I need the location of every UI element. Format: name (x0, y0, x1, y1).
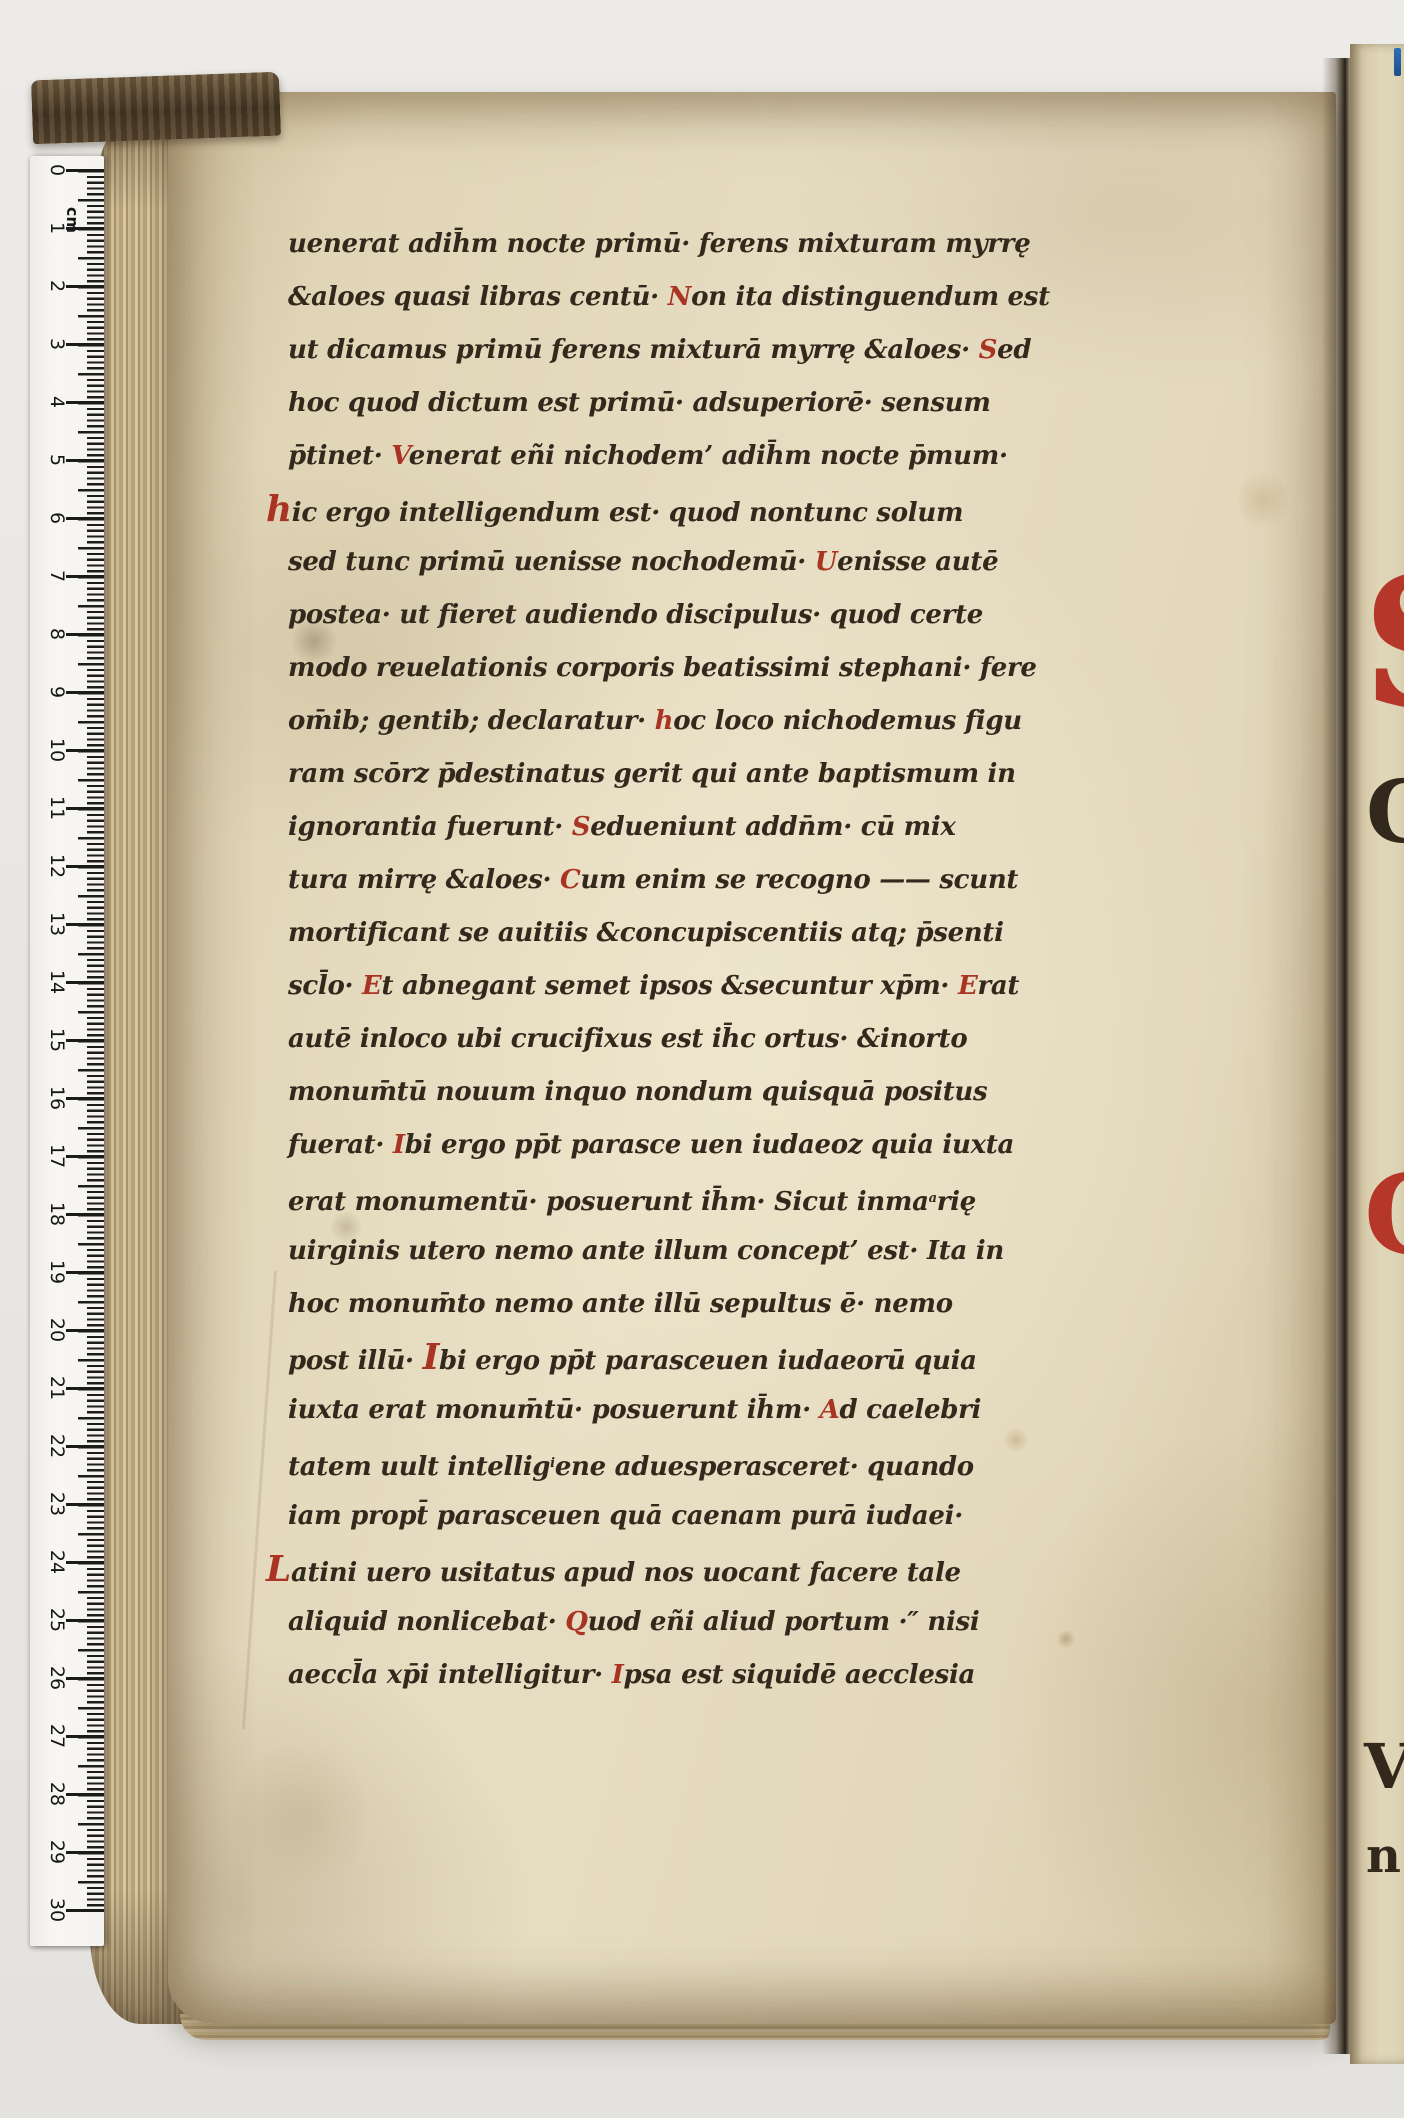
ruler-number: 21 (44, 1375, 70, 1401)
manuscript-text-line: hoc monum̄to nemo ante illū sepultus ē· … (288, 1278, 968, 1331)
text-segment: scl̄o· (288, 971, 362, 1001)
ruler-number: 13 (44, 911, 70, 937)
text-segment: ic ergo intelligendum est· quod nontunc … (292, 498, 963, 528)
ruler-cm-tick (66, 285, 104, 288)
ruler-cm-tick (66, 575, 104, 578)
text-segment: t abnegant semet ipsos &secuntur xp̄m· (382, 971, 958, 1001)
ruler-cm-tick (66, 169, 104, 172)
rubric-initial: A (820, 1395, 840, 1425)
ruler-number: 28 (44, 1781, 70, 1807)
ruler-number: 15 (44, 1027, 70, 1053)
text-segment: atini uero usitatus apud nos uocant face… (291, 1558, 961, 1588)
ruler-number: 30 (44, 1897, 70, 1923)
ruler-number: 9 (44, 679, 70, 705)
ruler-cm-tick (66, 1851, 104, 1854)
manuscript-text-line: modo reuelationis corporis beatissimi st… (288, 642, 968, 695)
ruler-number: 11 (44, 795, 70, 821)
ruler-number: 1 (44, 215, 70, 241)
text-segment: erat monumentū· posuerunt ih̄m· Sicut in… (288, 1187, 929, 1217)
ruler-cm-tick (66, 981, 104, 984)
rubric-initial: Q (565, 1607, 587, 1637)
rubric-initial: I (393, 1130, 405, 1160)
text-segment: uirginis utero nemo ante illum concept’ … (288, 1236, 1004, 1266)
manuscript-text-line: fuerat· Ibi ergo pp̄t parasce uen iudaeo… (288, 1119, 968, 1172)
ruler-cm-tick (66, 1909, 104, 1912)
ruler-cm-tick (66, 1155, 104, 1158)
manuscript-text-line: erat monumentū· posuerunt ih̄m· Sicut in… (288, 1172, 968, 1225)
text-segment: iuxta erat monum̄tū· posuerunt ih̄m· (288, 1395, 820, 1425)
ruler-number: 8 (44, 621, 70, 647)
manuscript-text-line: Latini uero usitatus apud nos uocant fac… (266, 1543, 968, 1596)
ruler-cm-tick (66, 1619, 104, 1622)
blue-ribbon-mark (1394, 48, 1401, 76)
ruler-cm-tick (66, 1735, 104, 1738)
ruler-number: 27 (44, 1723, 70, 1749)
ruler-cm-tick (66, 749, 104, 752)
ruler-number: 23 (44, 1491, 70, 1517)
text-segment: tura mirrę &aloes· (288, 865, 560, 895)
text-segment: psa est siquidē aecclesia (624, 1660, 976, 1690)
measurement-ruler: cm 0123456789101112131415161718192021222… (30, 156, 104, 1946)
ruler-number: 25 (44, 1607, 70, 1633)
facing-page-initial-fragment: C (1364, 1160, 1404, 1270)
text-segment: bi ergo pp̄t parasceuen iudaeorū quia (439, 1346, 977, 1376)
ruler-number: 10 (44, 737, 70, 763)
ruler-cm-tick (66, 227, 104, 230)
ruler-cm-tick (66, 517, 104, 520)
text-segment: hoc quod dictum est primū· adsuperiorē· … (288, 388, 991, 418)
ruler-number: 5 (44, 447, 70, 473)
ruler-cm-tick (66, 807, 104, 810)
ruler-number: 14 (44, 969, 70, 995)
parchment-stain (236, 1730, 366, 1900)
ruler-cm-tick (66, 1561, 104, 1564)
ruler-number: 24 (44, 1549, 70, 1575)
text-block: uenerat adih̄m nocte primū· ferens mixtu… (288, 218, 968, 1702)
manuscript-text-line: p̄tinet· Venerat eñi nichodem’ adih̄m no… (288, 430, 968, 483)
ruler-cm-tick (66, 1213, 104, 1216)
ruler-number: 6 (44, 505, 70, 531)
text-segment: mortificant se auitiis &concupiscentiis … (288, 918, 1004, 948)
manuscript-text-line: om̄ib; gentib; declaratur· hoc loco nich… (288, 695, 968, 748)
text-segment: p̄tinet· (288, 441, 391, 471)
rubric-initial: V (391, 441, 409, 471)
manuscript-text-line: iam propt̄ parasceuen quā caenam purā iu… (288, 1490, 968, 1543)
facing-page-initial-fragment: V (1364, 1736, 1404, 1798)
text-segment: bi ergo pp̄t parasce uen iudaeoz quia iu… (405, 1130, 1014, 1160)
manuscript-text-line: postea· ut fieret audiendo discipulus· q… (288, 589, 968, 642)
ruler-cm-tick (66, 1503, 104, 1506)
ruler-cm-tick (66, 1329, 104, 1332)
manuscript-text-line: scl̄o· Et abnegant semet ipsos &secuntur… (288, 960, 968, 1013)
manuscript-text-line: hic ergo intelligendum est· quod nontunc… (266, 483, 968, 536)
ruler-number: 0 (44, 157, 70, 183)
ruler-cm-tick (66, 633, 104, 636)
ruler-number: 29 (44, 1839, 70, 1865)
manuscript-text-line: uirginis utero nemo ante illum concept’ … (288, 1225, 968, 1278)
text-segment: rat (977, 971, 1019, 1001)
ruler-cm-tick (66, 459, 104, 462)
ruler-number: 16 (44, 1085, 70, 1111)
manuscript-photo: SCCVn cm 0123456789101112131415161718192… (0, 0, 1404, 2118)
text-segment: hoc monum̄to nemo ante illū sepultus ē· … (288, 1289, 953, 1319)
ruler-number: 7 (44, 563, 70, 589)
manuscript-text-line: mortificant se auitiis &concupiscentiis … (288, 907, 968, 960)
facing-page-sliver: SCCVn (1350, 44, 1404, 2064)
ruler-cm-tick (66, 1097, 104, 1100)
ruler-cm-tick (66, 401, 104, 404)
rubric-initial: N (668, 282, 691, 312)
text-segment: aeccl̄a xp̄i intelligitur· (288, 1660, 612, 1690)
text-segment: autē inloco ubi crucifixus est ih̄c ortu… (288, 1024, 967, 1054)
ruler-number: 3 (44, 331, 70, 357)
ruler-number: 4 (44, 389, 70, 415)
rubric-initial: C (560, 865, 580, 895)
ruler-cm-tick (66, 865, 104, 868)
text-segment: modo reuelationis corporis beatissimi st… (288, 653, 1037, 683)
text-segment: monum̄tū nouum inquo nondum quisquā posi… (288, 1077, 987, 1107)
text-segment: postea· ut fieret audiendo discipulus· q… (288, 600, 983, 630)
manuscript-text-line: &aloes quasi libras centū· Non ita disti… (288, 271, 968, 324)
manuscript-text-line: aliquid nonlicebat· Quod eñi aliud portu… (288, 1596, 968, 1649)
ruler-number: 26 (44, 1665, 70, 1691)
ruler-cm-tick (66, 1793, 104, 1796)
text-segment: on ita distinguendum est (691, 282, 1050, 312)
manuscript-text-line: monum̄tū nouum inquo nondum quisquā posi… (288, 1066, 968, 1119)
book-head-edge (31, 72, 281, 145)
manuscript-text-line: sed tunc primū uenisse nochodemū· Ueniss… (288, 536, 968, 589)
ruler-number: 20 (44, 1317, 70, 1343)
text-segment: ignorantia fuerunt· (288, 812, 572, 842)
ruler-number: 2 (44, 273, 70, 299)
ruler-cm-tick (66, 1387, 104, 1390)
parchment-stain (1056, 1630, 1076, 1648)
rubric-initial: h (655, 706, 674, 736)
text-segment: post illū· (288, 1346, 423, 1376)
text-segment: iam propt̄ parasceuen quā caenam purā iu… (288, 1501, 963, 1531)
ruler-cm-tick (66, 1677, 104, 1680)
manuscript-text-line: post illū· Ibi ergo pp̄t parasceuen iuda… (288, 1331, 968, 1384)
text-segment: d caelebri (839, 1395, 981, 1425)
rubric-initial: S (572, 812, 590, 842)
rubric-initial: E (362, 971, 382, 1001)
text-segment: uod eñi aliud portum ·″ nisi (588, 1607, 980, 1637)
rubric-initial: I (423, 1336, 439, 1378)
ruler-number: 18 (44, 1201, 70, 1227)
ruler-cm-tick (66, 343, 104, 346)
manuscript-text-line: ignorantia fuerunt· Sedueniunt addn̄m· c… (288, 801, 968, 854)
rubric-initial: L (266, 1548, 291, 1590)
ruler-number: 19 (44, 1259, 70, 1285)
text-segment: tatem uult intellig (288, 1452, 550, 1482)
text-segment: aliquid nonlicebat· (288, 1607, 565, 1637)
text-segment: enerat eñi nichodem’ adih̄m nocte p̄mum· (409, 441, 1008, 471)
manuscript-text-line: ut dicamus primū ferens mixturā myrrę &a… (288, 324, 968, 377)
manuscript-text-line: aeccl̄a xp̄i intelligitur· Ipsa est siqu… (288, 1649, 968, 1702)
ruler-cm-tick (66, 1271, 104, 1274)
manuscript-text-line: tura mirrę &aloes· Cum enim se recogno —… (288, 854, 968, 907)
ruler-number: 22 (44, 1433, 70, 1459)
rubric-initial: S (979, 335, 997, 365)
parchment-stain (1238, 468, 1288, 532)
parchment-stain (1002, 1428, 1030, 1452)
text-segment: om̄ib; gentib; declaratur· (288, 706, 655, 736)
ruler-number: 17 (44, 1143, 70, 1169)
ruler-cm-tick (66, 1039, 104, 1042)
facing-page-initial-fragment: n (1366, 1832, 1401, 1880)
text-segment: uenerat adih̄m nocte primū· ferens mixtu… (288, 229, 1030, 259)
rubric-initial: E (958, 971, 978, 1001)
facing-page-initial-fragment: S (1362, 554, 1404, 734)
ruler-number: 12 (44, 853, 70, 879)
manuscript-text-line: autē inloco ubi crucifixus est ih̄c ortu… (288, 1013, 968, 1066)
text-segment: &aloes quasi libras centū· (288, 282, 668, 312)
text-segment: ene aduesperasceret· quando (555, 1452, 974, 1482)
ruler-cm-tick (66, 1445, 104, 1448)
manuscript-text-line: ram scōrz p̄destinatus gerit qui ante ba… (288, 748, 968, 801)
text-segment: rię (937, 1187, 976, 1217)
manuscript-text-line: tatem uult intelligiene aduesperasceret·… (288, 1437, 968, 1490)
ruler-cm-tick (66, 691, 104, 694)
text-segment: ed (997, 335, 1031, 365)
manuscript-text-line: iuxta erat monum̄tū· posuerunt ih̄m· Ad … (288, 1384, 968, 1437)
facing-page-initial-fragment: C (1366, 770, 1404, 856)
text-segment: fuerat· (288, 1130, 393, 1160)
text-segment: edueniunt addn̄m· cū mix (590, 812, 955, 842)
text-segment: a (929, 1191, 937, 1206)
rubric-initial: h (266, 488, 292, 530)
manuscript-text-line: hoc quod dictum est primū· adsuperiorē· … (288, 377, 968, 430)
text-segment: oc loco nichodemus figu (673, 706, 1022, 736)
rubric-initial: U (815, 547, 837, 577)
text-segment: enisse autē (837, 547, 998, 577)
text-segment: sed tunc primū uenisse nochodemū· (288, 547, 815, 577)
text-segment: ut dicamus primū ferens mixturā myrrę &a… (288, 335, 979, 365)
manuscript-text-line: uenerat adih̄m nocte primū· ferens mixtu… (288, 218, 968, 271)
ruler-cm-tick (66, 923, 104, 926)
text-segment: um enim se recogno —— scunt (580, 865, 1018, 895)
rubric-initial: I (612, 1660, 624, 1690)
text-segment: ram scōrz p̄destinatus gerit qui ante ba… (288, 759, 1016, 789)
